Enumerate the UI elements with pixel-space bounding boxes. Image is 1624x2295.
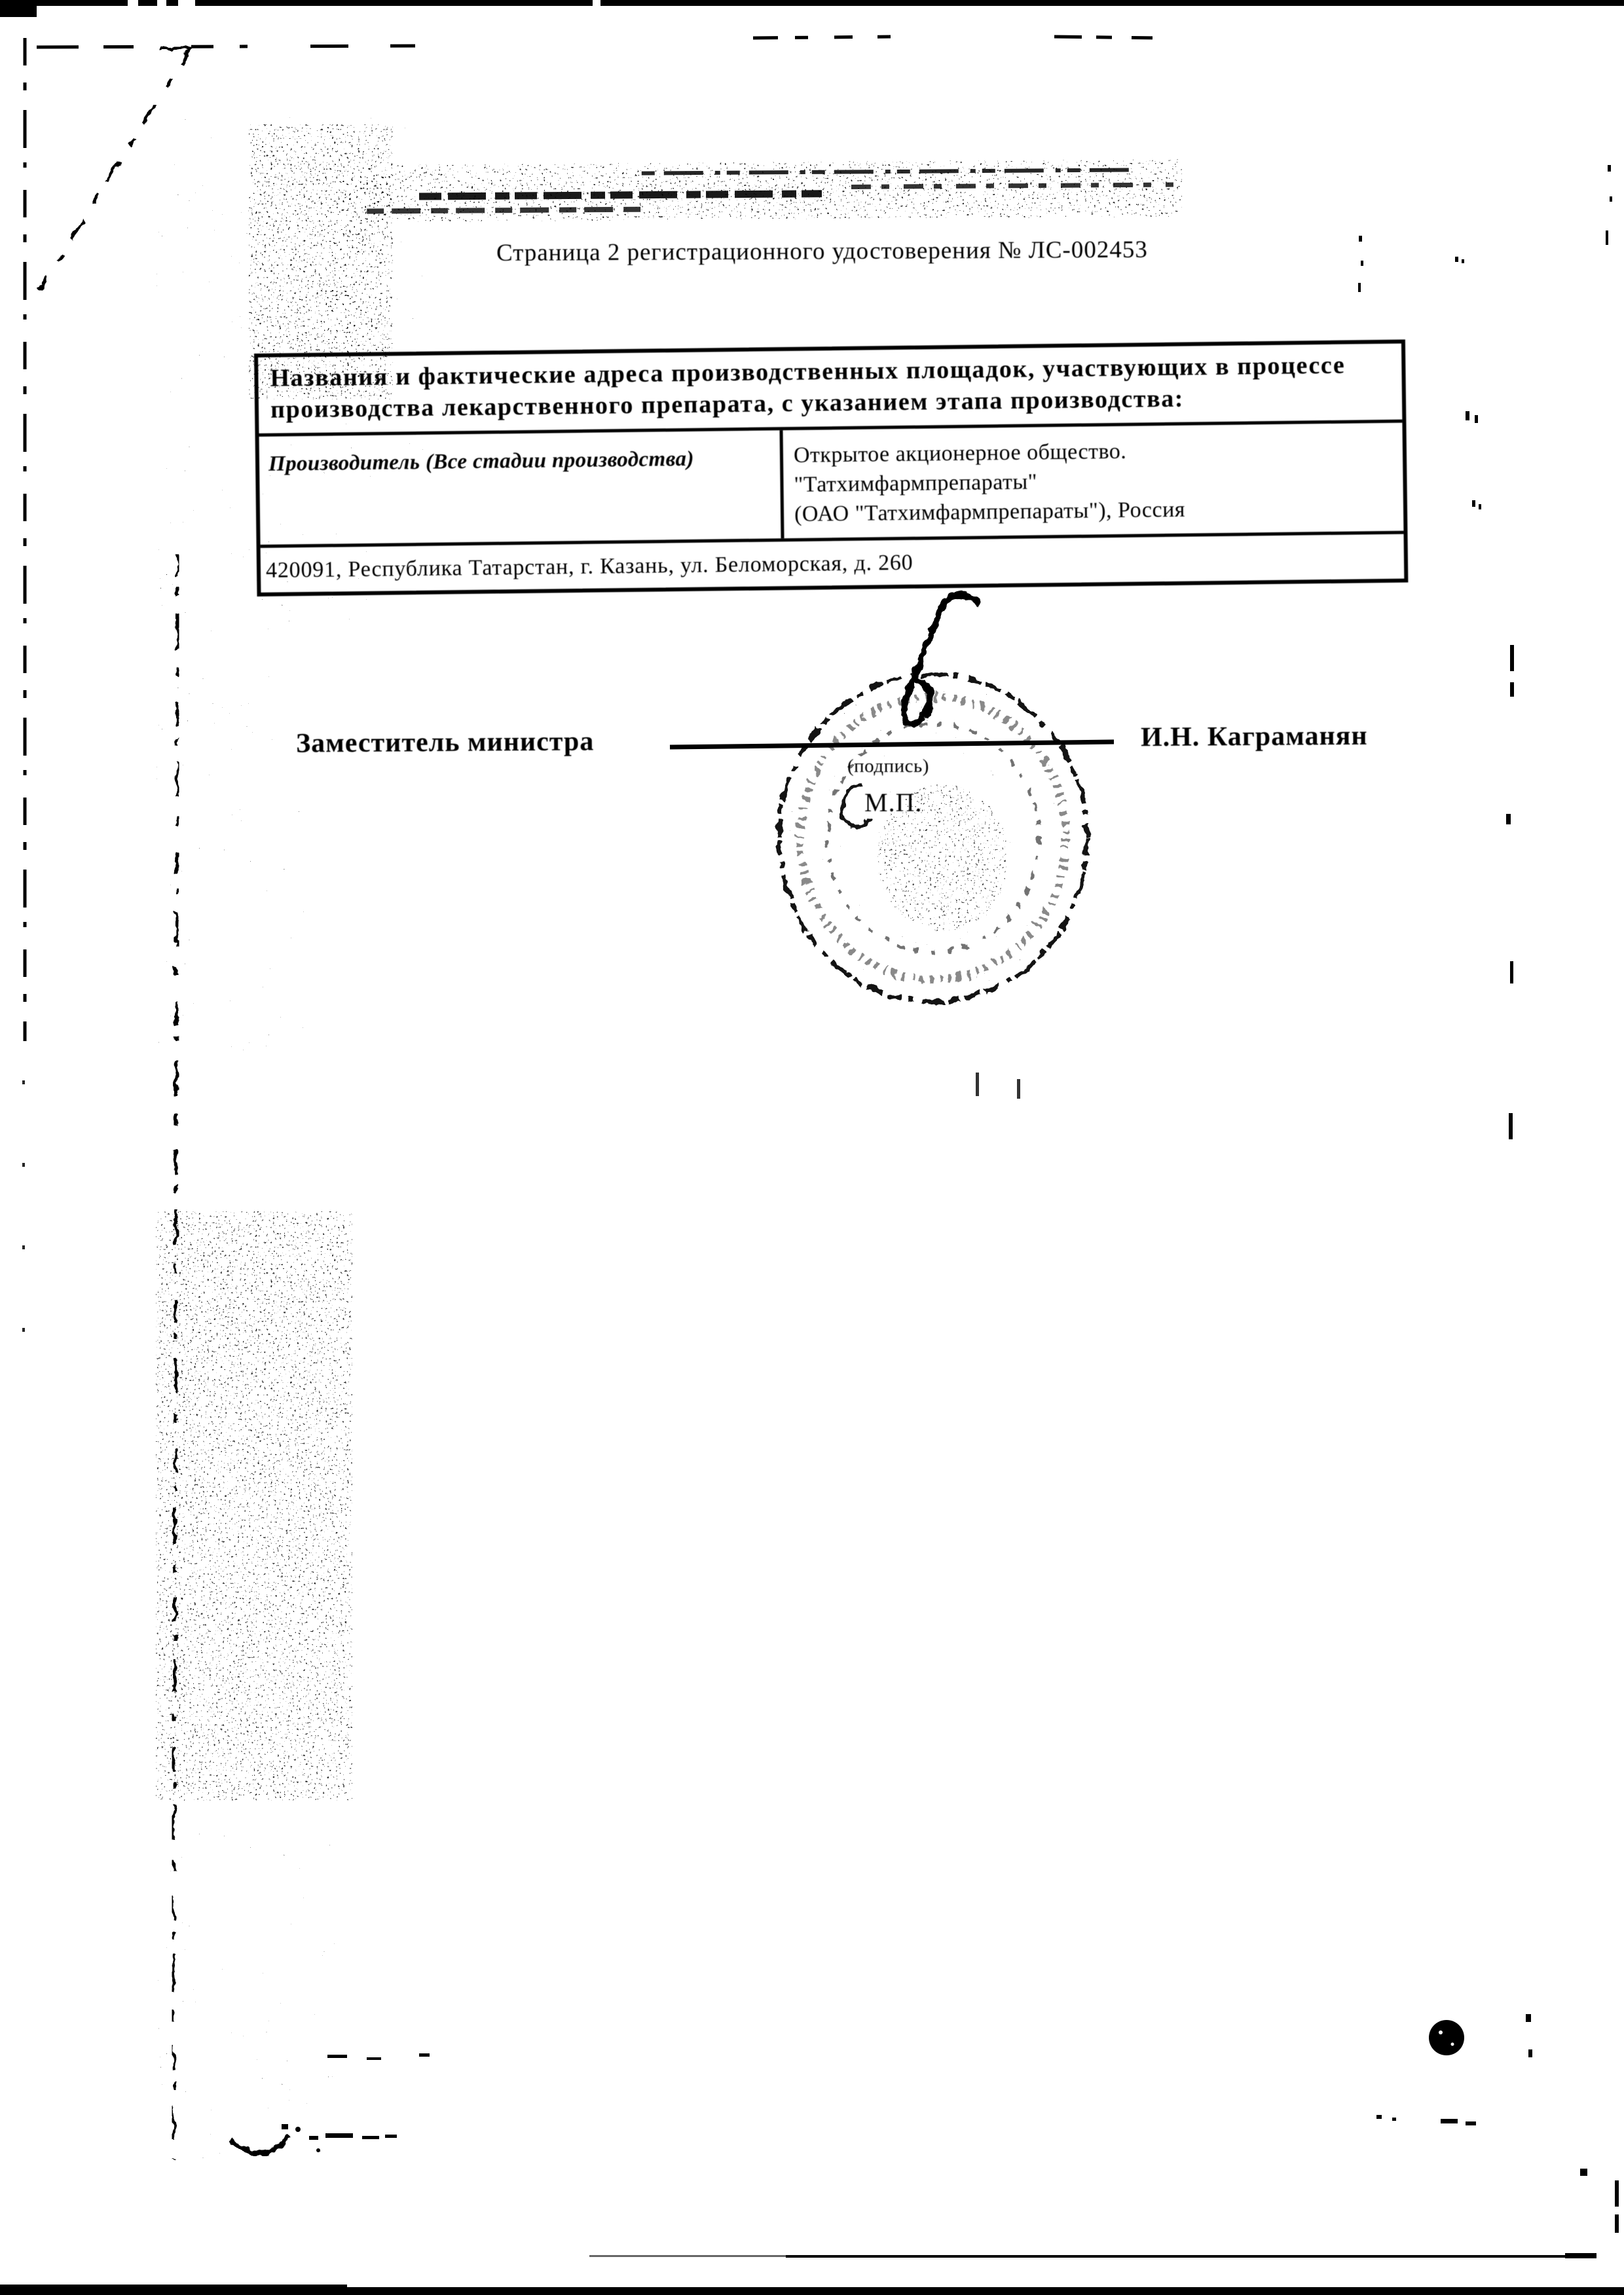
scan-artifacts-layer bbox=[0, 0, 1624, 2295]
left-margin-dashed-line bbox=[24, 38, 25, 1349]
scanned-page: { "page": { "title": "Страница 2 регистр… bbox=[0, 0, 1624, 2295]
top-dashed-line bbox=[37, 37, 1159, 47]
page-dust-noise bbox=[471, 236, 1467, 2167]
top-edge-band bbox=[0, 0, 1624, 17]
punch-hole-mark bbox=[1429, 2020, 1464, 2055]
bottom-edge-band bbox=[0, 2253, 1624, 2295]
